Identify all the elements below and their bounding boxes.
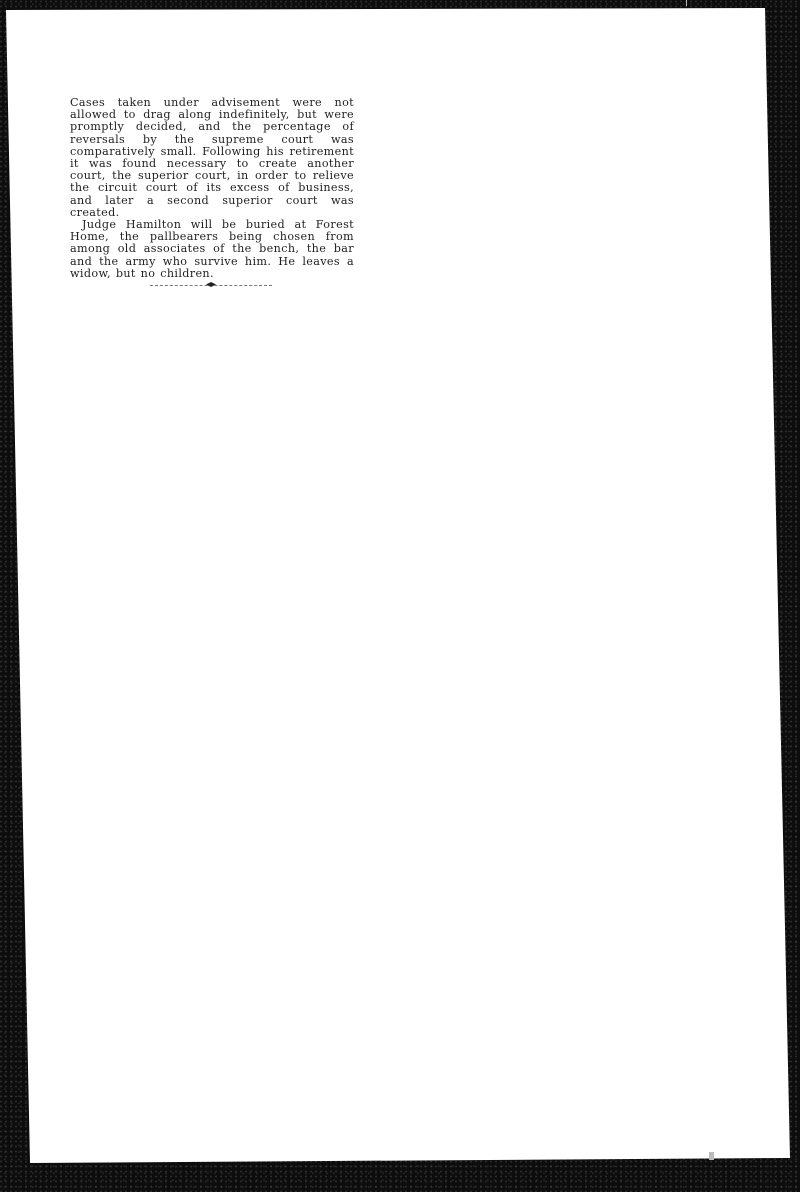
scan-artifact [709,1152,714,1160]
article-paragraph: Judge Hamilton will be buried at Forest … [70,219,354,280]
ornamental-separator-rule [150,284,272,286]
scan-artifact [686,0,687,6]
article-paragraph: Cases taken under advisement were not al… [70,97,354,219]
article-column: Cases taken under advisement were not al… [70,97,354,280]
